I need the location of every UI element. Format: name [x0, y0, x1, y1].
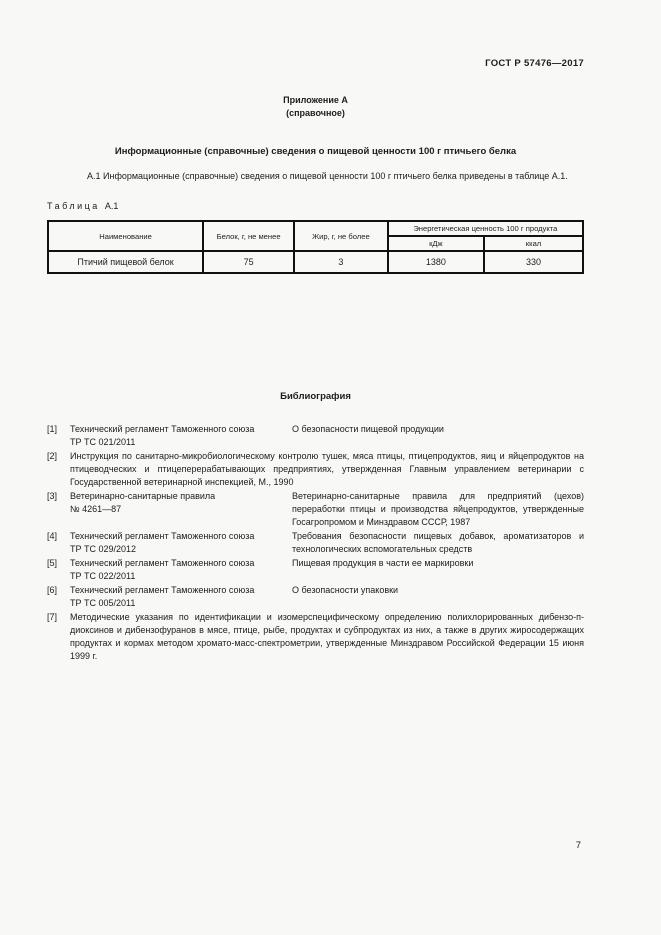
entry-number: [3]: [47, 490, 70, 529]
entry-number: [5]: [47, 557, 70, 583]
col-header-kcal: ккал: [484, 236, 583, 251]
entry-number: [7]: [47, 611, 70, 663]
entry-description: Требования безопасности пищевых добавок,…: [292, 530, 584, 556]
entry-number: [6]: [47, 584, 70, 610]
bibliography-entry: [7] Методические указания по идентификац…: [47, 611, 584, 663]
cell-product-name: Птичий пищевой белок: [48, 251, 203, 273]
entry-source: Технический регламент Таможенного союза …: [70, 557, 292, 583]
entry-description: О безопасности упаковки: [292, 584, 584, 610]
entry-text: Методические указания по идентификации и…: [70, 611, 584, 663]
entry-number: [1]: [47, 423, 70, 449]
entry-source: Технический регламент Таможенного союза …: [70, 584, 292, 610]
entry-source: Технический регламент Таможенного союза …: [70, 423, 292, 449]
cell-fat: 3: [294, 251, 388, 273]
entry-description: Пищевая продукция в части ее маркировки: [292, 557, 584, 583]
cell-kcal: 330: [484, 251, 583, 273]
entry-source-line: ТР ТС 005/2011: [70, 597, 288, 610]
entry-number: [4]: [47, 530, 70, 556]
entry-source-line: Технический регламент Таможенного союза: [70, 584, 288, 597]
bibliography-entry: [2] Инструкция по санитарно-микробиологи…: [47, 450, 584, 489]
annex-block: Приложение А (справочное): [47, 94, 584, 119]
nutrition-table: Наименование Белок, г, не менее Жир, г, …: [47, 220, 584, 274]
entry-source-line: ТР ТС 021/2011: [70, 436, 288, 449]
col-header-kj: кДж: [388, 236, 484, 251]
bibliography-entry: [6] Технический регламент Таможенного со…: [47, 584, 584, 610]
entry-source-line: № 4261—87: [70, 503, 288, 516]
entry-source-line: Технический регламент Таможенного союза: [70, 423, 288, 436]
page-number: 7: [576, 840, 581, 851]
entry-source-line: ТР ТС 029/2012: [70, 543, 288, 556]
col-header-energy: Энергетическая ценность 100 г продукта: [388, 221, 583, 236]
cell-protein: 75: [203, 251, 294, 273]
section-paragraph: А.1 Информационные (справочные) сведения…: [47, 170, 584, 183]
bibliography-entry: [4] Технический регламент Таможенного со…: [47, 530, 584, 556]
table-label-word: Таблица: [47, 201, 100, 211]
entry-source: Технический регламент Таможенного союза …: [70, 530, 292, 556]
table-label: Таблица А.1: [47, 201, 584, 211]
col-header-protein: Белок, г, не менее: [203, 221, 294, 251]
bibliography-entry: [1] Технический регламент Таможенного со…: [47, 423, 584, 449]
entry-source-line: Технический регламент Таможенного союза: [70, 557, 288, 570]
annex-title: Приложение А: [47, 94, 584, 107]
col-header-fat: Жир, г, не более: [294, 221, 388, 251]
bibliography-entry: [5] Технический регламент Таможенного со…: [47, 557, 584, 583]
bibliography-heading: Библиография: [47, 391, 584, 402]
document-page: ГОСТ Р 57476—2017 Приложение А (справочн…: [0, 0, 661, 663]
entry-description: Ветеринарно-санитарные правила для предп…: [292, 490, 584, 529]
entry-number: [2]: [47, 450, 70, 489]
entry-source-line: ТР ТС 022/2011: [70, 570, 288, 583]
bibliography-entry: [3] Ветеринарно-санитарные правила № 426…: [47, 490, 584, 529]
entry-description: О безопасности пищевой продукции: [292, 423, 584, 449]
entry-source: Ветеринарно-санитарные правила № 4261—87: [70, 490, 292, 529]
entry-text: Инструкция по санитарно-микробиологическ…: [70, 450, 584, 489]
cell-kj: 1380: [388, 251, 484, 273]
col-header-name: Наименование: [48, 221, 203, 251]
annex-subtitle: (справочное): [47, 107, 584, 120]
bibliography-list: [1] Технический регламент Таможенного со…: [47, 423, 584, 663]
table-row: Птичий пищевой белок 75 3 1380 330: [48, 251, 583, 273]
entry-source-line: Ветеринарно-санитарные правила: [70, 490, 288, 503]
doc-number: ГОСТ Р 57476—2017: [47, 58, 584, 69]
entry-source-line: Технический регламент Таможенного союза: [70, 530, 288, 543]
section-heading: Информационные (справочные) сведения о п…: [47, 146, 584, 157]
table-label-number: А.1: [105, 201, 119, 211]
